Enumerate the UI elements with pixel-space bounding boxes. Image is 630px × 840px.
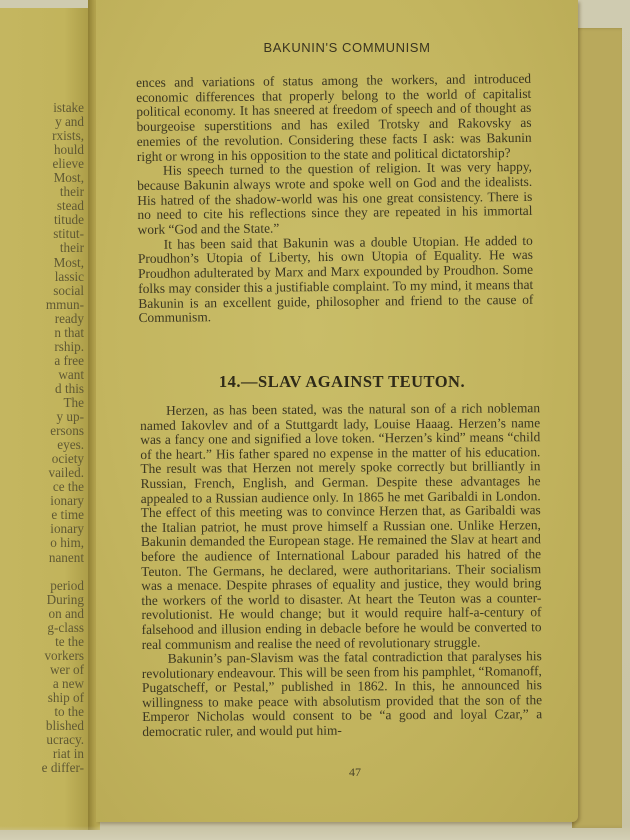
left-page-line: During	[0, 593, 84, 607]
left-page-line: nanent	[0, 551, 84, 565]
left-page-line: vorkers	[0, 649, 84, 663]
left-page-line: y up-	[0, 410, 84, 424]
left-page-line: wer of	[0, 663, 84, 677]
left-page-line: e differ-	[0, 761, 84, 775]
left-page-line: ship of	[0, 691, 84, 705]
left-page-line: The	[0, 396, 84, 410]
left-page-line: titude	[0, 213, 84, 227]
body-text-section: Herzen, as has been stated, was the natu…	[140, 401, 542, 739]
left-page-line: period	[0, 579, 84, 593]
left-page-line: want	[0, 368, 84, 382]
paragraph: ences and variations of status among the…	[136, 72, 532, 164]
section-heading: 14.—SLAV AGAINST TEUTON.	[96, 372, 578, 392]
paragraph: His speech turned to the question of rel…	[137, 160, 533, 238]
left-page-line: ersons	[0, 424, 84, 438]
left-page-line: ionary	[0, 494, 84, 508]
left-page-line: stead	[0, 199, 84, 213]
left-page-line: to the	[0, 705, 84, 719]
left-page-line: elieve	[0, 157, 84, 171]
left-page-line: ucracy.	[0, 733, 84, 747]
left-page-line: y and	[0, 115, 84, 129]
paragraph: Bakunin’s pan-Slavism was the fatal cont…	[142, 649, 543, 739]
left-page-line: vailed.	[0, 466, 84, 480]
left-page-line: o him,	[0, 536, 84, 550]
left-page-line: rship.	[0, 340, 84, 354]
left-page-line: ociety	[0, 452, 84, 466]
left-page: istakey andrxists,houldelieveMost,theirs…	[0, 8, 92, 830]
left-page-line: hould	[0, 143, 84, 157]
left-page-line: istake	[0, 101, 84, 115]
left-page-line: Most,	[0, 256, 84, 270]
left-page-line: n that	[0, 326, 84, 340]
left-page-line: mmun-	[0, 298, 84, 312]
right-page: BAKUNIN'S COMMUNISM ences and variations…	[96, 0, 578, 822]
left-page-line: lassic	[0, 270, 84, 284]
left-page-line: ready	[0, 312, 84, 326]
left-page-line: their	[0, 185, 84, 199]
left-page-line	[0, 565, 84, 579]
paragraph: Herzen, as has been stated, was the natu…	[140, 401, 542, 652]
page-number: 47	[96, 765, 578, 780]
left-page-line: a new	[0, 677, 84, 691]
left-page-line: social	[0, 284, 84, 298]
left-page-line: g-class	[0, 621, 84, 635]
left-page-line: blished	[0, 719, 84, 733]
left-page-line: their	[0, 241, 84, 255]
left-page-line: on and	[0, 607, 84, 621]
left-page-line: eyes.	[0, 438, 84, 452]
body-text-top: ences and variations of status among the…	[136, 72, 534, 326]
left-page-line: te the	[0, 635, 84, 649]
underlying-page-edge	[572, 28, 622, 828]
left-page-line: Most,	[0, 171, 84, 185]
left-page-line: e time	[0, 508, 84, 522]
paragraph: It has been said that Bakunin was a doub…	[138, 234, 534, 326]
left-page-text: istakey andrxists,houldelieveMost,theirs…	[0, 101, 84, 775]
left-page-line: d this	[0, 382, 84, 396]
left-page-line: riat in	[0, 747, 84, 761]
bottom-edge	[0, 826, 630, 840]
left-page-line: stitut-	[0, 227, 84, 241]
left-page-line: ionary	[0, 522, 84, 536]
left-page-line: a free	[0, 354, 84, 368]
left-page-line: rxists,	[0, 129, 84, 143]
running-head: BAKUNIN'S COMMUNISM	[96, 40, 578, 55]
left-page-line: ce the	[0, 480, 84, 494]
